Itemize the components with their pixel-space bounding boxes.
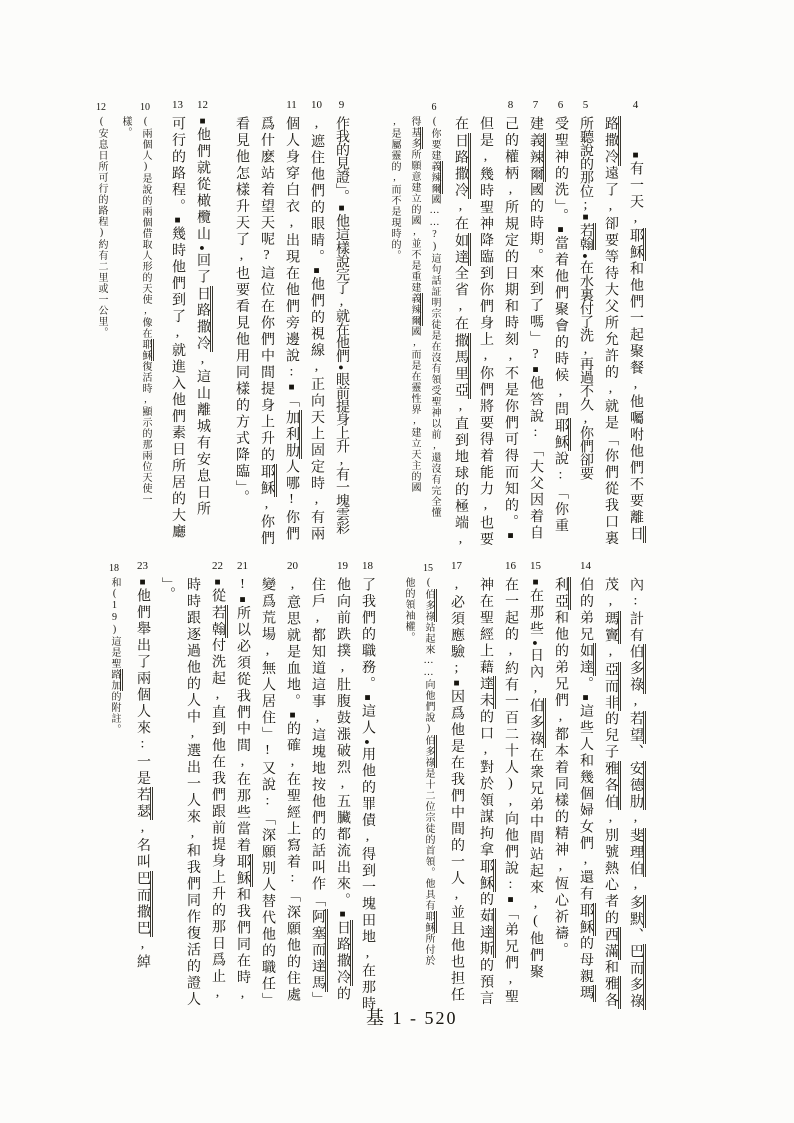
text-column: 18了我們的職務。■這人●用他的罪債,得到一塊田地,在那時 (355, 577, 380, 1007)
verse-number: 15 (530, 559, 541, 573)
annotation-column: 10(兩個人)是說的兩個借取人形的天使,像在耶穌復活時,顯示的那兩位天使一 (135, 116, 155, 556)
proper-noun-mark: 伯多祿 (628, 644, 646, 694)
verse-number: 16 (505, 559, 516, 573)
text-column: 16在一起的,約有一百二十人),向他們說:■「弟兄們,聖 (498, 577, 523, 1007)
text-column: 神在聖經上藉達未的口,對於領謀拘拿耶穌的茹達斯的預言 (473, 577, 498, 1007)
text-column: 8己的權柄,所規定的日期和時刻,不是你們可得而知的。■ (498, 116, 523, 556)
verse-start-marker: ■ (286, 382, 297, 393)
proper-noun-mark: 利亞 (553, 577, 571, 610)
verse-number: 19 (337, 559, 348, 573)
proper-noun-mark: 基多 (409, 127, 423, 149)
proper-noun-mark: 伯多祿 (423, 589, 437, 622)
text-column: 利亞和他的弟兄們,都本着同樣的精神,恆心祈禱。 (548, 577, 573, 1007)
annotation-column: 18和(19)這是聖路加的附註。 (104, 577, 124, 1007)
text-column: 9作我的見證」。■他這樣說完了,就在他們●眼前提身上升,有一塊雲彩 (329, 116, 354, 556)
verse-start-marker: ■ (362, 693, 373, 704)
verse-start-marker: ■ (336, 203, 347, 214)
verse-number: 23 (137, 559, 148, 573)
proper-noun-mark: 耶穌 (478, 859, 496, 892)
verse-start-marker: ■ (197, 116, 208, 127)
text-column: 23■他們舉出了兩個人來:一是若瑟,名叫巴而撒巴,綽 (130, 577, 155, 1007)
proper-noun-mark: 若瑟 (135, 787, 153, 820)
proper-noun-mark: 耶穌 (628, 228, 646, 261)
proper-noun-mark: 巴而撒巴 (135, 871, 153, 937)
annotation-column: 樣。 (115, 116, 135, 556)
annotation-column: 6(你要建義辣爾國……?)這句話証明宗徒是在沒有領受聖神以前,還沒有完全懂 (424, 116, 444, 556)
verse-number: 4 (633, 98, 639, 112)
verse-start-marker: ■ (555, 225, 566, 236)
annotation-number: 18 (109, 562, 119, 576)
footnote-circle-marker: ● (197, 243, 207, 253)
text-column: 」。 (155, 577, 180, 1007)
proper-noun-mark: 達未 (478, 676, 496, 709)
proper-noun-mark: 耶穌 (235, 854, 253, 887)
proper-noun-mark: 耶穌 (578, 903, 596, 936)
verse-number: 21 (237, 559, 248, 573)
verse-number: 10 (311, 98, 322, 112)
text-column: 茂,瑪竇,亞而非的兒子雅各伯,別號熱心者的西滿和雅各 (598, 577, 623, 1007)
verse-start-marker: ■ (212, 577, 223, 588)
proper-noun-mark: 雅各 (603, 976, 621, 1009)
annotation-column: 15(伯多祿站起來……向他們說)伯多祿是十二位宗徒的首領。他具有耶穌所付於 (418, 577, 438, 1007)
footnote-circle-marker: ● (336, 362, 346, 372)
text-column: 14伯的弟兄如達。■這些人和幾個婦女們,還有耶穌的母親瑪 (573, 577, 598, 1007)
verse-start-marker: ■ (287, 710, 298, 721)
proper-noun-mark: 若翰 (578, 223, 596, 250)
proper-noun-mark: 安德肋 (628, 761, 646, 811)
verse-block-bottom: 內:計有伯多祿,若望、安德肋,斐理伯,多默、巴而多祿茂,瑪竇,亞而非的兒子雅各伯… (104, 577, 648, 1007)
verse-start-marker: ■ (505, 895, 516, 906)
annotation-column: 他的領袖權。 (398, 577, 418, 1007)
proper-noun-mark: 西滿 (603, 927, 621, 960)
annotation-column: 得基多所願意建立的國,並不是重建義辣爾國,而是在靈性界,建立天主的國 (404, 116, 424, 556)
annotation-column: ,是屬靈的,而不是現時的。 (384, 116, 404, 556)
verse-start-marker: ■ (451, 678, 462, 689)
text-column: 路撒冷遠了,卻要等待大父所允許的,就是「你們從我口裏 (598, 116, 623, 556)
text-column: 看見他怎樣升天了,也要看見他用同樣的方式降臨」。 (229, 116, 254, 556)
proper-noun-mark: 日路撒冷 (335, 920, 353, 986)
verse-start-marker: ■ (137, 577, 148, 588)
proper-noun-mark: 耶穌 (140, 339, 154, 361)
text-column: 12■他們就從橄欖山●回了日路撒冷,這山離城有安息日所 (190, 116, 215, 556)
verse-number: 6 (558, 98, 564, 112)
verse-start-marker: ■ (530, 577, 541, 588)
verse-number: 22 (212, 559, 223, 573)
text-column: 時時跟逐過他的人中,選出一人來,和我們同作復活的證人 (180, 577, 205, 1007)
verse-start-marker: ■ (580, 693, 591, 704)
verse-number: 18 (362, 559, 373, 573)
proper-noun-mark: 路加 (109, 669, 123, 691)
proper-noun-mark: 茹達斯 (478, 908, 496, 958)
text-column: 22■從若翰付洗起,直到他在我們跟前提身上升的那日爲止, (205, 577, 230, 1007)
verse-start-marker: ■ (172, 215, 183, 226)
verse-number: 12 (197, 98, 208, 112)
text-column: 住戶,都知道這事,這塊地按他們的話叫作「阿塞而達馬」 (305, 577, 330, 1007)
verse-start-marker: ■ (530, 365, 541, 376)
text-column: 10,遮住他們的眼睛。■他們的視線,正向天上固定時,有兩 (304, 116, 329, 556)
verse-number: 13 (172, 98, 183, 112)
proper-noun-mark: 巴而多祿 (628, 944, 646, 1010)
proper-noun-mark: 如達 (578, 643, 596, 676)
text-column: 15■在那些●日內,伯多祿在衆兄弟中間站起來,(他們聚 (523, 577, 548, 1007)
footnote-circle-marker: ● (530, 638, 540, 648)
verse-number: 7 (533, 98, 539, 112)
proper-noun-mark: 路撒冷 (603, 116, 621, 166)
proper-noun-mark: 耶穌 (259, 464, 277, 497)
verse-start-marker: ■ (580, 212, 591, 223)
text-column: 在日路撒冷,在如達全省,在撒馬里亞,直到地球的極端, (448, 116, 473, 556)
proper-noun-mark: 義辣爾 (429, 161, 443, 194)
page-number: 基 1 - 520 (366, 1004, 458, 1030)
proper-noun-mark: 雅各伯 (603, 761, 621, 811)
proper-noun-mark: 撒馬里亞 (453, 333, 471, 399)
proper-noun-mark: 義辣爾 (528, 133, 546, 183)
verse-number: 11 (286, 98, 297, 112)
text-column: 7建義辣爾國的時期。來到了嗎」?■他答說:「大父因着自 (523, 116, 548, 556)
proper-noun-mark: 日 (628, 526, 646, 543)
verse-start-marker: ■ (505, 531, 516, 542)
text-column: 20,意思就是血地。■的確,在聖經上寫着:「深願他的住處 (280, 577, 305, 1007)
proper-noun-mark: 若翰 (210, 605, 228, 638)
proper-noun-mark: 加利肋 (284, 410, 302, 460)
verse-block-top: 4■有一天,耶穌和他們一起聚餐,他囑咐他們不要離日路撒冷遠了,卻要等待大父所允許… (91, 116, 648, 556)
footnote-circle-marker: ● (362, 737, 372, 747)
verse-number: 17 (451, 559, 462, 573)
verse-start-marker: ■ (237, 595, 248, 606)
annotation-number: 10 (140, 101, 150, 115)
text-column: 4■有一天,耶穌和他們一起聚餐,他囑咐他們不要離日 (623, 116, 648, 556)
proper-noun-mark: 如達 (453, 233, 471, 266)
text-column: 17,必須應驗;■因爲他是在我們中間的一人,並且他也担任 (444, 577, 469, 1007)
proper-noun-mark: 日路撒冷 (195, 286, 213, 352)
text-column: 但是,幾時聖神降臨到你們身上,你們將要得着能力,也要 (473, 116, 498, 556)
text-column: 變爲荒場,無人居住」!又說:「深願別人替代他的職任」 (255, 577, 280, 1007)
text-column: 21!■所以必須從我們中間,在那些當着耶穌和我們同在時, (230, 577, 255, 1007)
annotation-number: 12 (96, 101, 106, 115)
proper-noun-mark: 伯多祿 (423, 735, 437, 768)
verse-start-marker: ■ (630, 150, 641, 161)
text-column: 11個人身穿白衣,出現在他們旁邊說:■「加利肋人哪!你們 (279, 116, 304, 556)
text-column: 6受聖神的洗」。■當着他們聚會的時候,問耶穌說:「你重 (548, 116, 573, 556)
text-column: 5所聽說的那位;■若翰●在水裏付了洗,再過不久,你們卻要 (573, 116, 598, 556)
verse-number: 5 (583, 98, 589, 112)
proper-noun-mark: 耶穌 (423, 911, 437, 933)
proper-noun-mark: 阿塞而達馬 (310, 909, 328, 992)
annotation-number: 15 (423, 562, 433, 576)
proper-noun-mark: 耶穌 (553, 418, 571, 451)
proper-noun-mark: 斐理伯 (628, 828, 646, 878)
scanned-page: 4■有一天,耶穌和他們一起聚餐,他囑咐他們不要離日路撒冷遠了,卻要等待大父所允許… (0, 0, 794, 1123)
proper-noun-mark: 瑪 (578, 985, 596, 1002)
proper-noun-mark: 瑪竇 (603, 611, 621, 644)
proper-noun-mark: 義辣爾 (409, 293, 423, 326)
proper-noun-mark: 亞而非 (603, 662, 621, 712)
footnote-circle-marker: ● (580, 250, 590, 260)
verse-number: 14 (580, 559, 591, 573)
verse-start-marker: ■ (311, 266, 322, 277)
text-column: 內:計有伯多祿,若望、安德肋,斐理伯,多默、巴而多祿 (623, 577, 648, 1007)
proper-noun-mark: 若望 (628, 711, 646, 744)
annotation-number: 6 (432, 101, 437, 115)
text-column: 19他向前跌撲,肚腹鼓漲破烈,五臟都流出來。■日路撒冷的 (330, 577, 355, 1007)
proper-noun-mark: 伯多祿 (528, 698, 546, 748)
proper-noun-mark: 多默 (628, 895, 646, 928)
verse-number: 20 (287, 559, 298, 573)
annotation-column: 12(安息日所可行的路程)約有二里或一公里。 (91, 116, 111, 556)
verse-number: 9 (339, 98, 345, 112)
verse-start-marker: ■ (337, 909, 348, 920)
text-column: 13可行的路程。■幾時他們到了,就進入他們素日所居的大廳 (165, 116, 190, 556)
text-column: 爲什麽站着望天呢?這位在你們中間提身上升的耶穌,你們 (254, 116, 279, 556)
verse-number: 8 (508, 98, 514, 112)
proper-noun-mark: 日路撒冷 (453, 133, 471, 199)
